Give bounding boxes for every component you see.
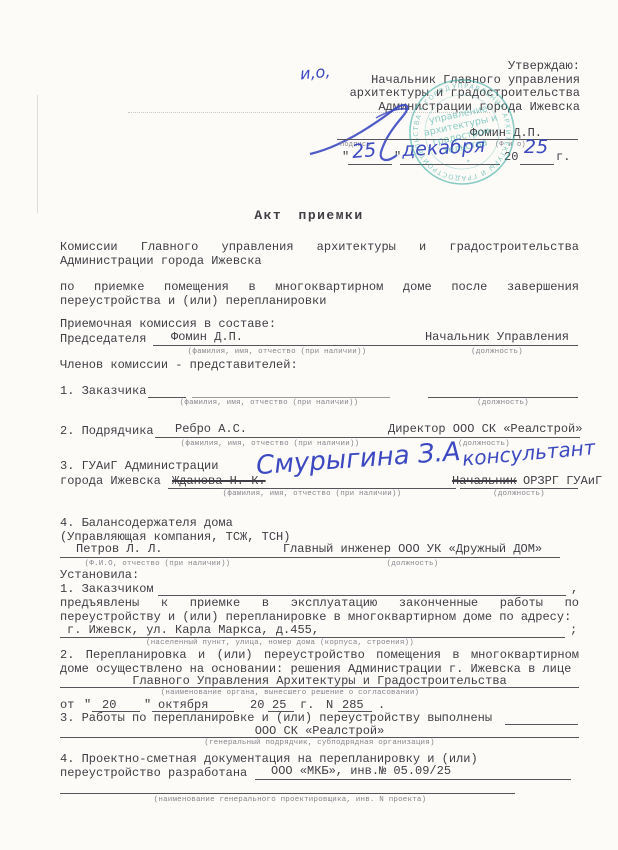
scanned-document-page: Утверждаю: Начальник Главного управления… (0, 0, 618, 850)
chair-position-caption: (должность) (416, 348, 578, 356)
document-title: Акт приемки (0, 209, 618, 223)
item2-from-label: от (60, 698, 74, 712)
member2-name-field: Ребро А.С. (155, 422, 405, 438)
item1-comma: , (571, 582, 578, 596)
member4-label-line1: 4. Балансодержателя дома (60, 516, 233, 530)
intro-paragraph-2: по приемке помещения в многоквартирном д… (60, 280, 579, 308)
item2-year: 25 (272, 698, 286, 712)
chair-name-field: Фомин Д.П. (153, 330, 419, 346)
item1-label: 1. Заказчиком (60, 582, 154, 596)
item2-period: . (378, 698, 385, 712)
member3-position-caption: (должность) (460, 490, 578, 498)
item4-caption: (наименование генерального проектировщик… (60, 796, 520, 804)
chair-label: Председателя (60, 332, 146, 346)
member1-short-line (148, 397, 186, 398)
item2-month: октября (158, 698, 208, 712)
member2-label: 2. Подрядчика (60, 424, 154, 438)
date-year-underline (520, 164, 554, 165)
member3-name-line (168, 488, 456, 489)
member4-position-caption: (должность) (265, 560, 560, 568)
item2-caption: (наименование органа, вынесшего решение … (60, 689, 520, 697)
item2-number-label: N (326, 698, 333, 712)
approve-label: Утверждаю: (350, 60, 580, 74)
member3-position-rest: ОРЗРГ ГУАиГ (523, 474, 602, 488)
member3-handwritten-name: Смурыгина З.А (256, 445, 461, 473)
item2-day: 20 (102, 698, 116, 712)
item2-org-line (60, 687, 579, 688)
chair-fio-caption: (фамилия, имя, отчество (при наличии)) (153, 348, 401, 356)
item3-body: 3. Работы по перепланировке и (или) пере… (60, 711, 492, 725)
intro-paragraph-1: Комиссии Главного управления архитектуры… (60, 240, 579, 268)
member2-name: Ребро А.С. (175, 422, 247, 436)
member4-position: Главный инженер ООО УК «Дружный ДОМ» (283, 542, 542, 556)
member2-position: Директор ООО СК «Реалстрой» (388, 422, 582, 436)
member3-struck-name: Жданова Н. К. (172, 474, 266, 488)
item4-value: ООО «МКБ», инв.№ 05.09/25 (271, 764, 451, 778)
date-century: 20 (504, 150, 518, 164)
commission-heading: Приемочная комиссия в составе: (60, 317, 276, 331)
item3-value-line (60, 737, 579, 738)
member1-position-caption: (должность) (428, 399, 578, 407)
approval-line-1: Начальник Главного управления (350, 74, 580, 88)
item4-value-field: ООО «МКБ», инв.№ 05.09/25 (255, 764, 571, 780)
member3-struck-position: Начальник (452, 474, 517, 488)
item2-year-suffix: г. (300, 698, 314, 712)
item2-century: 20 (250, 698, 264, 712)
established-heading: Установила: (60, 568, 139, 582)
member2-position-field: Директор ООО СК «Реалстрой» (388, 422, 580, 438)
item1-semicolon: ; (570, 623, 577, 637)
chair-position-field: Начальник Управления (416, 330, 578, 346)
item2-body: 2. Перепланировка и (или) переустройство… (60, 648, 579, 676)
item1-address: г. Ижевск, ул. Карла Маркса, д.455, (67, 623, 319, 637)
item2-number: 285 (342, 698, 364, 712)
date-month-underline (400, 164, 500, 165)
item2-quote-open: " (84, 698, 91, 712)
fio-caption: (Ф и о) (495, 141, 526, 149)
member1-position-line (428, 397, 578, 398)
date-day-underline (348, 164, 392, 165)
item4-line2: переустройство разработана (60, 766, 247, 780)
member4-fio-caption: (Ф.И.О, отчество (при наличии)) (60, 560, 255, 568)
member4-name-field: Петров Л. Л. (60, 542, 271, 558)
date-year-handwritten: 25 (524, 140, 548, 154)
item2-quote-close: " (144, 698, 151, 712)
item3-value: ООО СК «Реалстрой» (60, 724, 579, 738)
chair-position: Начальник Управления (425, 330, 569, 344)
date-month-handwritten: декабря (402, 139, 486, 157)
member3-handwritten-position: консультант (462, 440, 596, 466)
item1-body: предъявлены к приемке в эксплуатацию зак… (60, 596, 579, 624)
member1-fio-caption: (фамилия, имя, отчество (при наличии)) (148, 399, 390, 407)
date-quote-close: " (394, 150, 401, 164)
member4-name: Петров Л. Л. (76, 542, 162, 556)
member3-fio-caption: (фамилия, имя, отчество (при наличии)) (168, 490, 456, 498)
item1-caption: (населенный пункт, улица, номер дома (ко… (60, 639, 500, 647)
member3-label-line1: 3. ГУАиГ Администрации (60, 459, 218, 473)
member4-position-field: Главный инженер ООО УК «Дружный ДОМ» (265, 542, 560, 558)
member1-label: 1. Заказчика (60, 384, 146, 398)
item1-address-line (60, 637, 565, 638)
item3-caption: (генеральный подрядчик, субподрядная орг… (60, 739, 579, 747)
scan-artifact-crease (37, 95, 38, 213)
item4-extra-line (60, 793, 515, 794)
member1-name-line (192, 397, 390, 398)
item2-org: Главного Управления Архитектуры и Градос… (60, 674, 579, 688)
member3-label-line2: города Ижевска (60, 474, 161, 488)
member3-position-line (460, 488, 578, 489)
chair-name: Фомин Д.П. (171, 330, 243, 344)
date-year-suffix: г. (556, 150, 570, 164)
handwritten-io: и,о, (299, 64, 331, 81)
date-day-handwritten: 25 (351, 143, 376, 159)
members-heading: Членов комиссии - представителей: (60, 358, 298, 372)
date-quote-open: " (342, 150, 349, 164)
